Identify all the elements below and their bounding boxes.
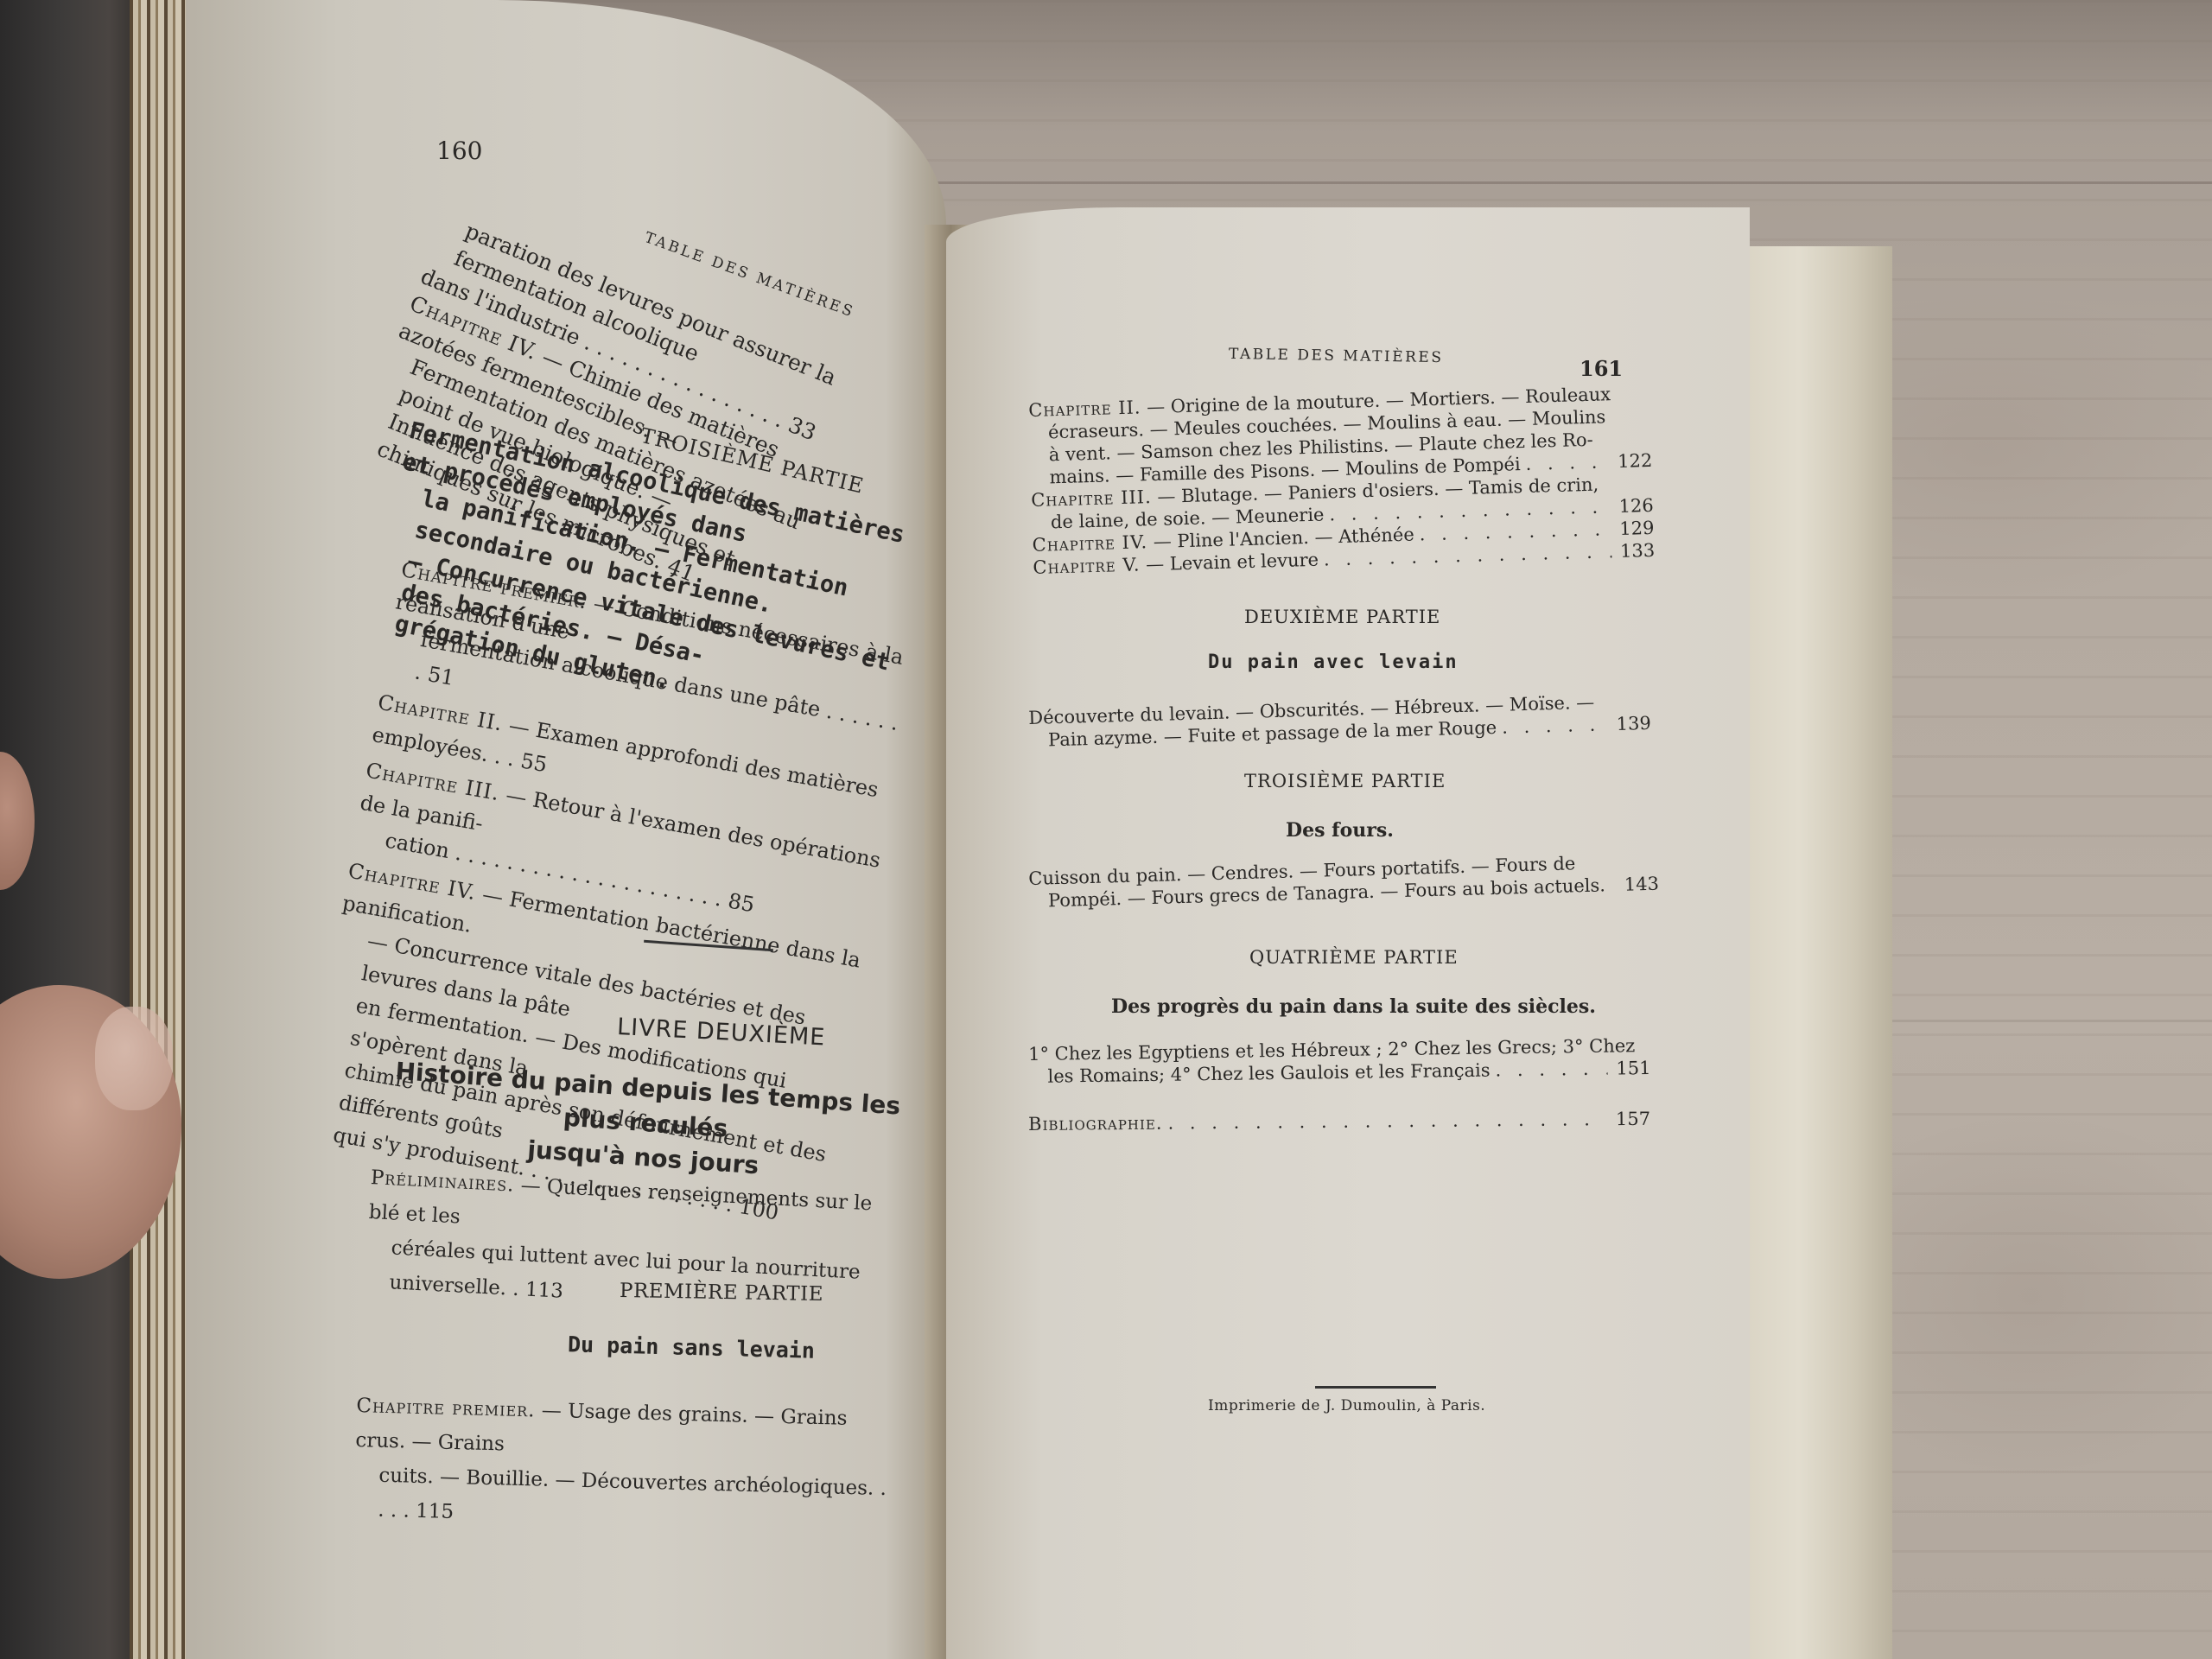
page-number-left: 160 — [436, 137, 482, 165]
section-heading-quatrieme: QUATRIÈME PARTIE — [1249, 947, 1459, 968]
toc-entry-quatrieme: 1° Chez les Egyptiens et les Hébreux ; 2… — [1028, 1034, 1651, 1088]
section-subtitle-troisieme: Des fours. — [1286, 819, 1394, 842]
toc-entry: Chapitre II. — Origine de la mouture. — … — [1028, 382, 1653, 489]
toc-page: 51 — [426, 662, 456, 690]
toc-page: 126 — [1610, 494, 1654, 518]
toc-chapters-top: Chapitre II. — Origine de la mouture. — … — [1028, 382, 1656, 579]
section-subtitle-deuxieme: Du pain avec levain — [1208, 652, 1459, 673]
page-number-right: 161 — [1580, 356, 1623, 381]
section-heading-premiere: PREMIÈRE PARTIE — [620, 1280, 823, 1306]
toc-page: 113 — [524, 1279, 563, 1303]
page-stack-right — [1737, 246, 1892, 1659]
toc-page: 157 — [1607, 1108, 1650, 1130]
printer-imprint: Imprimerie de J. Dumoulin, à Paris. — [1208, 1397, 1485, 1414]
toc-entry: Chapitre premier. — Usage des grains. — … — [353, 1389, 901, 1541]
toc-page: 115 — [416, 1500, 454, 1523]
toc-page: 151 — [1607, 1057, 1650, 1080]
toc-page: 133 — [1611, 539, 1656, 563]
toc-page: 122 — [1609, 449, 1653, 473]
toc-page: 139 — [1607, 712, 1651, 735]
toc-page: 55 — [518, 748, 549, 777]
toc-page: 129 — [1611, 517, 1655, 540]
section-heading-troisieme-right: TROISIÈME PARTIE — [1244, 771, 1446, 791]
imprint-divider — [1315, 1386, 1436, 1389]
section-heading-deuxieme: DEUXIÈME PARTIE — [1244, 607, 1440, 627]
thumbnail-nail — [95, 1007, 173, 1110]
toc-page: 143 — [1616, 873, 1660, 896]
toc-page: 85 — [726, 888, 756, 917]
section-subtitle-quatrieme: Des progrès du pain dans la suite des si… — [1111, 995, 1596, 1018]
